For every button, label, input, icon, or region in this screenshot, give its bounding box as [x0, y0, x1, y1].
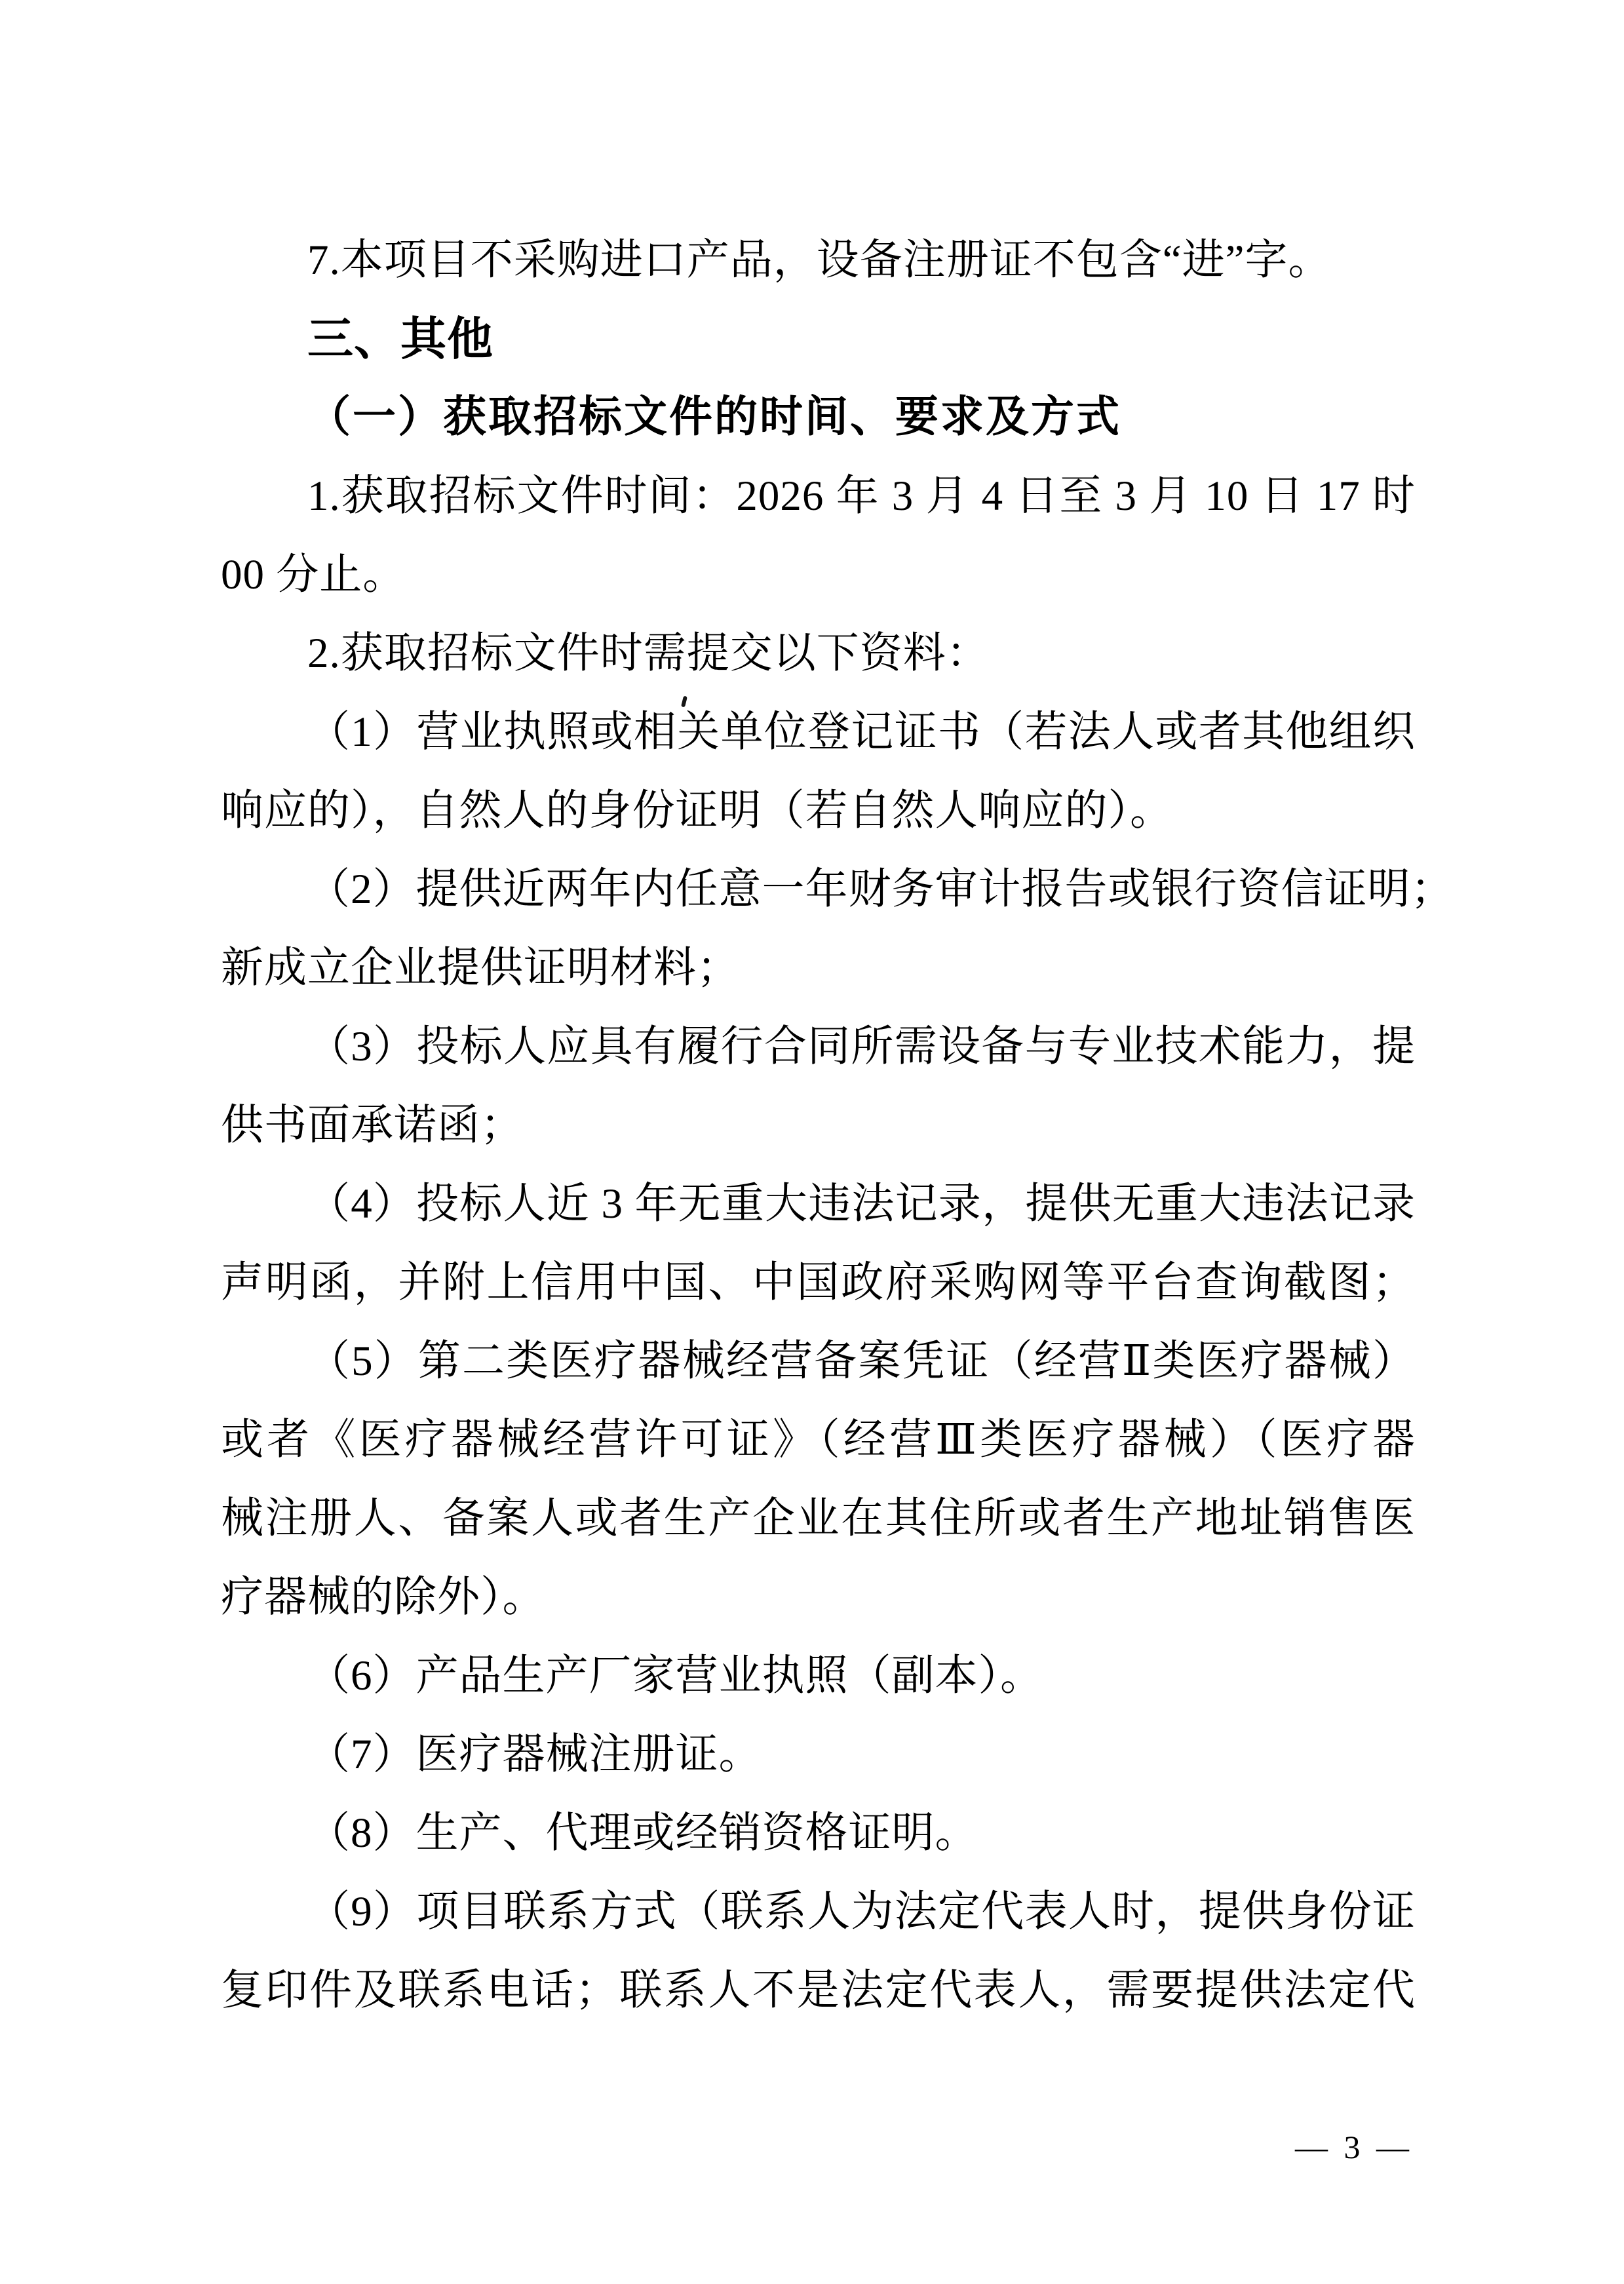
- text-line: （6）产品生产厂家营业执照（副本）。: [221, 1636, 1416, 1715]
- section-heading: 三、其他: [221, 300, 1416, 378]
- subsection-heading: （一）获取招标文件的时间、要求及方式: [221, 378, 1416, 457]
- text-line: 或者《医疗器械经营许可证》（经营Ⅲ类医疗器械）（医疗器: [221, 1401, 1416, 1479]
- text-line: 新成立企业提供证明材料；: [221, 929, 1416, 1007]
- text-line: 2.获取招标文件时需提交以下资料：: [221, 614, 1416, 693]
- document-body: 7.本项目不采购进口产品，设备注册证不包含“进”字。三、其他（一）获取招标文件的…: [221, 221, 1416, 2030]
- text-line: （5）第二类医疗器械经营备案凭证（经营Ⅱ类医疗器械）: [221, 1322, 1416, 1401]
- text-line: 械注册人、备案人或者生产企业在其住所或者生产地址销售医: [221, 1479, 1416, 1558]
- text-line: （8）生产、代理或经销资格证明。: [221, 1794, 1416, 1872]
- text-line: 1.获取招标文件时间：2026 年 3 月 4 日至 3 月 10 日 17 时: [221, 457, 1416, 535]
- page-number: — 3 —: [1295, 2108, 1413, 2186]
- text-line: 复印件及联系电话；联系人不是法定代表人，需要提供法定代: [221, 1951, 1416, 2030]
- text-line: （3）投标人应具有履行合同所需设备与专业技术能力，提: [221, 1007, 1416, 1086]
- text-line: （1）营业执照或相关单位登记证书（若法人或者其他组织: [221, 693, 1416, 771]
- text-line: （7）医疗器械注册证。: [221, 1715, 1416, 1794]
- text-line: 声明函，并附上信用中国、中国政府采购网等平台查询截图；: [221, 1243, 1416, 1322]
- document-page: 7.本项目不采购进口产品，设备注册证不包含“进”字。三、其他（一）获取招标文件的…: [0, 0, 1624, 2284]
- text-line: （9）项目联系方式（联系人为法定代表人时，提供身份证: [221, 1872, 1416, 1951]
- text-line: 7.本项目不采购进口产品，设备注册证不包含“进”字。: [221, 221, 1416, 300]
- text-line: （4）投标人近 3 年无重大违法记录，提供无重大违法记录: [221, 1165, 1416, 1243]
- text-line: 00 分止。: [221, 535, 1416, 614]
- text-line: 供书面承诺函；: [221, 1086, 1416, 1165]
- text-line: （2）提供近两年内任意一年财务审计报告或银行资信证明；: [221, 850, 1416, 929]
- text-line: 响应的），自然人的身份证明（若自然人响应的）。: [221, 771, 1416, 850]
- text-line: 疗器械的除外）。: [221, 1558, 1416, 1636]
